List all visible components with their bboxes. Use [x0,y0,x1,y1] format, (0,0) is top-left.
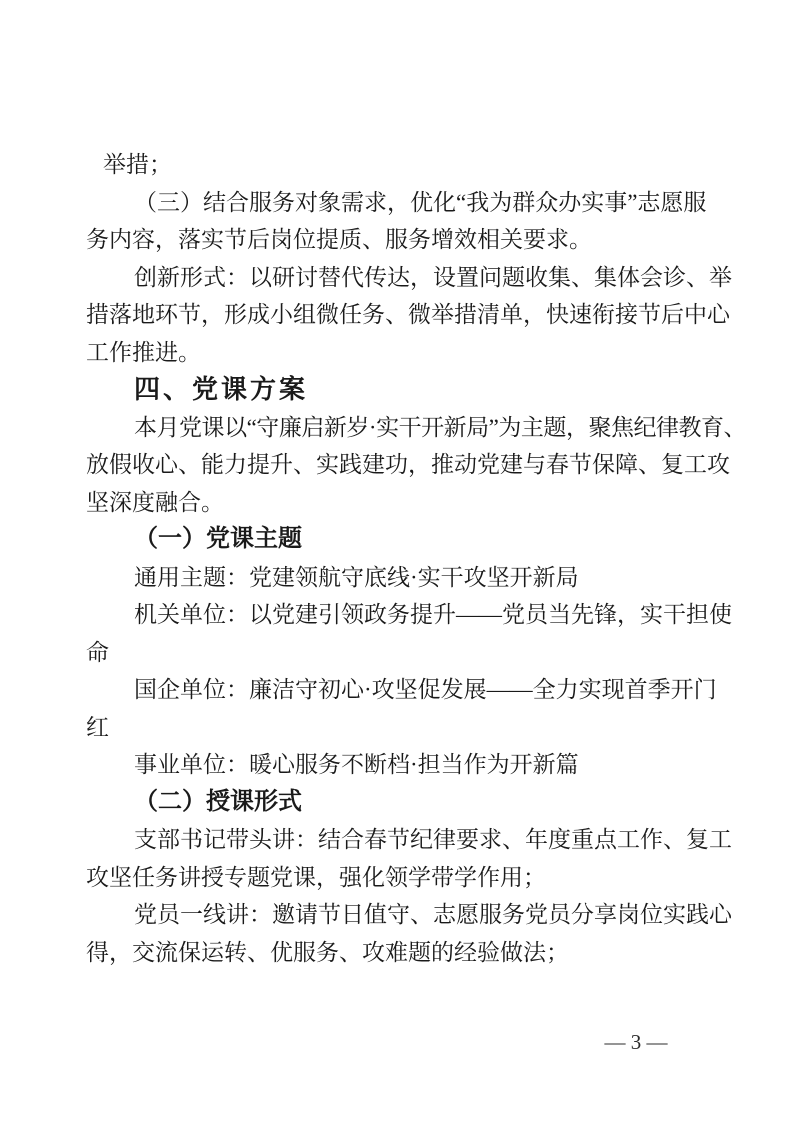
body-line: 举措； [86,146,746,184]
body-line: 支部书记带头讲：结合春节纪律要求、年度重点工作、复工 [86,821,746,859]
body-line: 事业单位：暖心服务不断档·担当作为开新篇 [86,746,746,784]
body-line: 措落地环节，形成小组微任务、微举措清单，快速衔接节后中心 [86,296,746,334]
document-body: 举措； （三）结合服务对象需求，优化“我为群众办实事”志愿服 务内容，落实节后岗… [86,146,746,971]
document-page: 举措； （三）结合服务对象需求，优化“我为群众办实事”志愿服 务内容，落实节后岗… [0,0,793,1122]
body-line: 本月党课以“守廉启新岁·实干开新局”为主题，聚焦纪律教育、 [86,409,746,447]
body-line: （三）结合服务对象需求，优化“我为群众办实事”志愿服 [86,184,746,222]
body-line: 务内容，落实节后岗位提质、服务增效相关要求。 [86,221,746,259]
body-line: 放假收心、能力提升、实践建功，推动党建与春节保障、复工攻 [86,446,746,484]
body-line: 国企单位：廉洁守初心·攻坚促发展——全力实现首季开门 [86,671,746,709]
body-line: 红 [86,709,746,747]
body-line: 坚深度融合。 [86,484,746,522]
body-line: 攻坚任务讲授专题党课，强化领学带学作用； [86,859,746,897]
body-line: 创新形式：以研讨替代传达，设置问题收集、集体会诊、举 [86,259,746,297]
body-line: 工作推进。 [86,334,746,372]
heading-subsection-1: （一）党课主题 [86,521,746,559]
heading-section-4: 四、党课方案 [86,371,746,409]
body-line: 通用主题：党建领航守底线·实干攻坚开新局 [86,559,746,597]
body-line: 党员一线讲：邀请节日值守、志愿服务党员分享岗位实践心 [86,896,746,934]
body-line: 机关单位：以党建引领政务提升——党员当先锋，实干担使 [86,596,746,634]
heading-subsection-2: （二）授课形式 [86,784,746,822]
page-number: — 3 — [570,1029,702,1055]
body-line: 得，交流保运转、优服务、攻难题的经验做法； [86,934,746,972]
body-line: 命 [86,634,746,672]
